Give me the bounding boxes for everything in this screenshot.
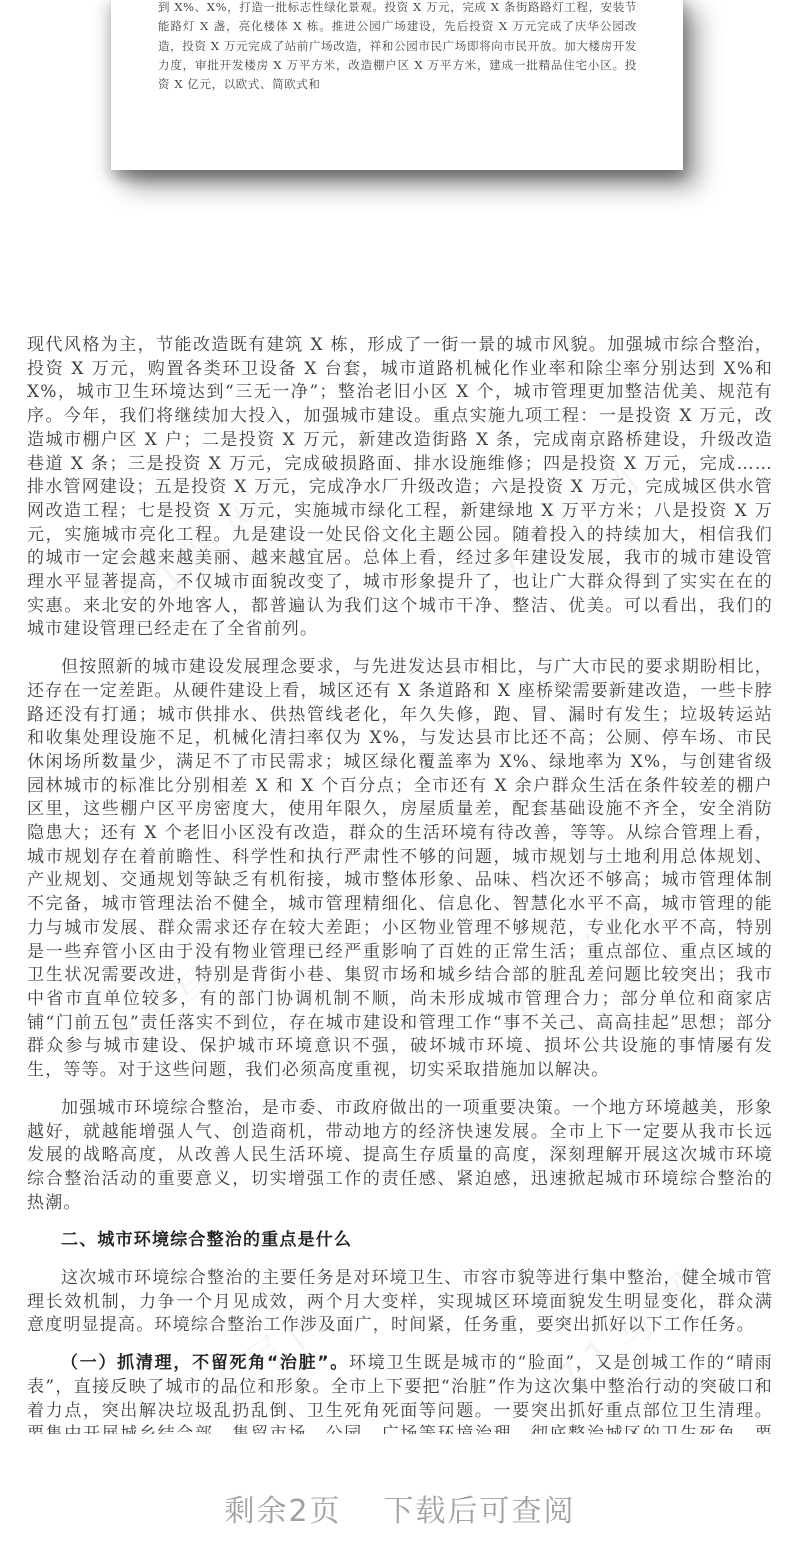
download-to-view-hint: 下载后可查阅: [384, 1494, 576, 1529]
paragraph: 现代风格为主，节能改造既有建筑 X 栋，形成了一街一景的城市风貌。加强城市综合整…: [27, 334, 773, 642]
paragraph-bold-lead: （一）抓清理，不留死角“治脏”。: [61, 1353, 349, 1373]
remaining-pages-hint: 剩余2页下载后可查阅: [0, 1486, 800, 1530]
paragraph: 但按照新的城市建设发展理念要求，与先进发达县市相比，与广大市民的要求期盼相比，还…: [27, 656, 773, 1083]
paragraph: （一）抓清理，不留死角“治脏”。环境卫生既是城市的“脸面”，又是创城工作的“晴雨…: [27, 1352, 773, 1434]
paragraph: 这次城市环境综合整治的主要任务是对环境卫生、市容市貌等进行集中整治，健全城市管理…: [27, 1267, 773, 1338]
page-body: 现代风格为主，节能改造既有建筑 X 栋，形成了一街一景的城市风貌。加强城市综合整…: [27, 334, 773, 1434]
previous-page: 到 X%、X%，打造一批标志性绿化景观。投资 X 万元，完成 X 条街路路灯工程…: [111, 0, 683, 170]
previous-page-text: 到 X%、X%，打造一批标志性绿化景观。投资 X 万元，完成 X 条街路路灯工程…: [111, 0, 683, 94]
paragraph: 加强城市环境综合整治，是市委、市政府做出的一项重要决策。一个地方环境越美，形象越…: [27, 1097, 773, 1216]
remaining-pages-count: 剩余2页: [224, 1494, 341, 1529]
section-heading: 二、城市环境综合整治的重点是什么: [27, 1229, 773, 1253]
